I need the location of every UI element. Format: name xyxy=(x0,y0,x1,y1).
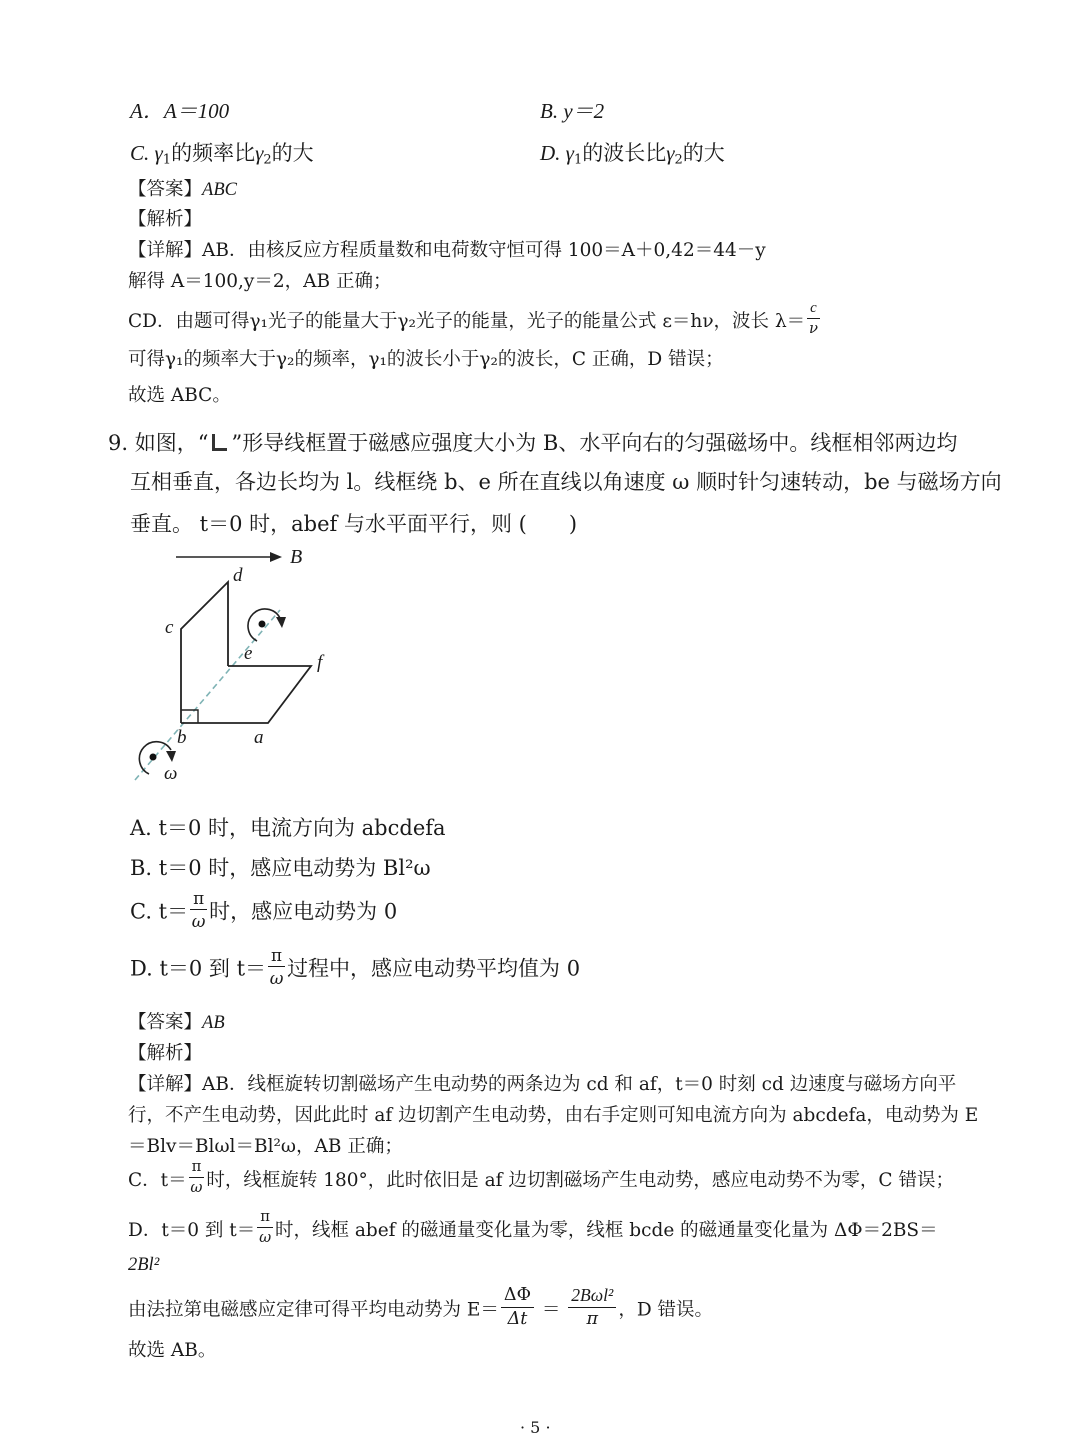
q9-detail-line-2: 行，不产生电动势，因此此时 af 边切割产生电动势，由右手定则可知电流方向为 a… xyxy=(128,1101,978,1127)
pi-over-omega-fraction: πω xyxy=(190,890,207,930)
label-d: d xyxy=(233,565,243,587)
q8-detail-line-2: 解得 A＝100,y＝2，AB 正确； xyxy=(128,267,392,293)
detail-text: AB．线框旋转切割磁场产生电动势的两条边为 cd 和 af，t＝0 时刻 cd … xyxy=(202,1074,956,1095)
q8-answer: 【答案】ABC xyxy=(128,175,237,201)
numerator: c xyxy=(807,301,820,319)
q9-option-a: A. t＝0 时，电流方向为 abcdefa xyxy=(130,812,446,842)
q9-stem-line-2: 互相垂直，各边长均为 l。线框绕 b、e 所在直线以角速度 ω 顺时针匀速转动，… xyxy=(130,466,1002,496)
label-a: a xyxy=(254,727,264,749)
numerator: 2Bωl² xyxy=(568,1287,616,1308)
q9-option-d: D. t＝0 到 t＝πω过程中，感应电动势平均值为 0 xyxy=(130,950,580,990)
numerator: ΔΦ xyxy=(501,1287,534,1308)
pi-over-omega-fraction: πω xyxy=(268,947,285,987)
q8-detail-line-4: 可得γ₁的频率大于γ₂的频率，γ₁的波长小于γ₂的波长，C 正确，D 错误； xyxy=(128,345,724,371)
question-number: 9. xyxy=(108,431,128,455)
q9-detail-line-1: 【详解】AB．线框旋转切割磁场产生电动势的两条边为 cd 和 af，t＝0 时刻… xyxy=(128,1070,956,1096)
flux-over-time-fraction: ΔΦΔt xyxy=(501,1287,534,1328)
denominator: Δt xyxy=(501,1308,534,1329)
option-text: D. t＝0 到 t＝ xyxy=(130,956,266,980)
label-f: f xyxy=(317,652,322,674)
detail-text: ，D 错误。 xyxy=(618,1300,713,1321)
option-text: 的频率比 xyxy=(171,141,255,165)
subscript: 1 xyxy=(163,152,171,167)
lambda-fraction: cν xyxy=(807,301,820,337)
numerator: π xyxy=(190,890,207,910)
option-text: C. t＝ xyxy=(130,899,188,923)
denominator: ω xyxy=(268,967,285,987)
l-shape-icon xyxy=(212,434,227,451)
q9-detail-faraday: 由法拉第电磁感应定律可得平均电动势为 E＝ΔΦΔt ＝ 2Bωl²π，D 错误。 xyxy=(128,1290,713,1331)
q9-analysis-label: 【解析】 xyxy=(128,1039,202,1065)
gamma-symbol: γ xyxy=(155,141,163,165)
option-text: 的波长比 xyxy=(582,141,666,165)
detail-text: CD．由题可得γ₁光子的能量大于γ₂光子的能量，光子的能量公式 ε＝hν，波长 … xyxy=(128,311,805,332)
rotating-frame-diagram: B d c e f b a ω xyxy=(120,540,360,790)
answer-value: ABC xyxy=(202,180,237,200)
q9-stem-line-3: 垂直。 t＝0 时，abef 与水平面平行，则 ( ) xyxy=(130,508,577,538)
option-letter: C. xyxy=(130,141,155,165)
subscript: 2 xyxy=(263,152,271,167)
detail-text: C．t＝ xyxy=(128,1170,187,1191)
q8-option-d: D. γ1的波长比γ2的大 xyxy=(540,137,725,167)
label-omega: ω xyxy=(164,763,177,785)
pi-over-omega-fraction: πω xyxy=(189,1160,205,1196)
numerator: π xyxy=(268,947,285,967)
answer-value: AB xyxy=(202,1013,225,1033)
detail-text: AB．由核反应方程质量数和电荷数守恒可得 100＝A＋0,42＝44－y xyxy=(202,240,766,261)
denominator: ν xyxy=(807,319,820,337)
emf-result-fraction: 2Bωl²π xyxy=(568,1287,616,1328)
q8-option-c: C. γ1的频率比γ2的大 xyxy=(130,137,314,167)
denominator: ω xyxy=(190,910,207,930)
q8-conclusion: 故选 ABC。 xyxy=(128,381,231,407)
option-letter: D. xyxy=(540,141,566,165)
denominator: ω xyxy=(189,1178,205,1196)
q9-answer: 【答案】AB xyxy=(128,1008,225,1034)
numerator: π xyxy=(189,1160,205,1178)
detail-label: 【详解】 xyxy=(128,1074,202,1095)
q8-analysis-label: 【解析】 xyxy=(128,205,202,231)
q8-option-b: B. y＝2 xyxy=(540,95,604,125)
q9-conclusion: 故选 AB。 xyxy=(128,1336,216,1362)
option-text: 过程中，感应电动势平均值为 0 xyxy=(287,956,580,980)
label-b: b xyxy=(177,727,187,749)
label-e: e xyxy=(244,643,252,665)
subscript: 1 xyxy=(574,152,582,167)
q9-detail-line-3: ＝Blv＝Blωl＝Bl²ω，AB 正确； xyxy=(128,1132,403,1158)
option-text: 的大 xyxy=(683,141,725,165)
answer-label: 【答案】 xyxy=(128,1012,202,1033)
detail-text: 时，线框 abef 的磁通量变化量为零，线框 bcde 的磁通量变化量为 ΔΦ＝… xyxy=(275,1220,938,1241)
subscript: 2 xyxy=(675,152,683,167)
denominator: ω xyxy=(257,1228,273,1246)
q9-detail-d: D．t＝0 到 t＝πω时，线框 abef 的磁通量变化量为零，线框 bcde … xyxy=(128,1213,938,1249)
q9-option-b: B. t＝0 时，感应电动势为 Bl²ω xyxy=(130,852,431,882)
q8-detail-line-3: CD．由题可得γ₁光子的能量大于γ₂光子的能量，光子的能量公式 ε＝hν，波长 … xyxy=(128,304,822,340)
pi-over-omega-fraction: πω xyxy=(257,1210,273,1246)
option-text: 时，感应电动势为 0 xyxy=(209,899,397,923)
detail-text: D．t＝0 到 t＝ xyxy=(128,1220,255,1241)
answer-label: 【答案】 xyxy=(128,179,202,200)
detail-text: 时，线框旋转 180°，此时依旧是 af 边切割磁场产生电动势，感应电动势不为零… xyxy=(206,1170,954,1191)
option-text: 的大 xyxy=(272,141,314,165)
page-number: · 5 · xyxy=(520,1418,551,1437)
denominator: π xyxy=(568,1308,616,1329)
label-b-field: B xyxy=(290,546,302,569)
stem-text: 如图，“ xyxy=(135,431,209,455)
detail-text: 由法拉第电磁感应定律可得平均电动势为 E＝ xyxy=(128,1300,499,1321)
detail-label: 【详解】 xyxy=(128,240,202,261)
q9-detail-c: C．t＝πω时，线框旋转 180°，此时依旧是 af 边切割磁场产生电动势，感应… xyxy=(128,1163,954,1199)
label-c: c xyxy=(165,617,173,639)
numerator: π xyxy=(257,1210,273,1228)
q9-stem-line-1: 9. 如图，“”形导线框置于磁感应强度大小为 B、水平向右的匀强磁场中。线框相邻… xyxy=(108,427,957,457)
stem-text: ”形导线框置于磁感应强度大小为 B、水平向右的匀强磁场中。线框相邻两边均 xyxy=(231,431,957,455)
q8-detail-line-1: 【详解】AB．由核反应方程质量数和电荷数守恒可得 100＝A＋0,42＝44－y xyxy=(128,236,766,262)
gamma-symbol: γ xyxy=(566,141,574,165)
q9-option-c: C. t＝πω时，感应电动势为 0 xyxy=(130,893,397,933)
gamma-symbol: γ xyxy=(666,141,674,165)
q9-detail-flux: 2Bl² xyxy=(128,1255,159,1276)
q8-option-a: A．A＝100 xyxy=(130,95,229,125)
